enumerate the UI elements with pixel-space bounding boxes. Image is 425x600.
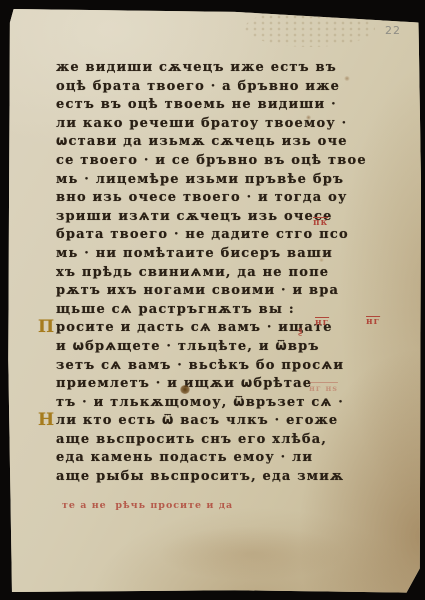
line-text: аще вьспросить снъ его хлѣба, bbox=[56, 432, 327, 447]
manuscript-line: ли како речеши братоу твоемоу · bbox=[56, 115, 362, 134]
manuscript-line: вно изь очесе твоего · и тогда оу bbox=[56, 189, 362, 208]
illuminated-initial: Н bbox=[38, 411, 55, 430]
line-text: се твоего · и се бръвно въ оцѣ твое bbox=[56, 153, 367, 168]
manuscript-line: и ѡбрѧщете · тльцѣте, и ѿвръ bbox=[56, 338, 362, 357]
line-text: еда камень подасть емоу · ли bbox=[56, 450, 313, 465]
manuscript-line: оцѣ брата твоего · а бръвно иже bbox=[56, 78, 362, 97]
ink-spot bbox=[319, 258, 324, 262]
manuscript-line: хъ прѣдь свиниѧми, да не попе bbox=[56, 264, 362, 283]
illuminated-initial: П bbox=[38, 318, 55, 337]
line-text: вно изь очесе твоего · и тогда оу bbox=[56, 190, 348, 205]
parchment-stain bbox=[157, 526, 347, 581]
line-text: и ѡбрѧщете · тльцѣте, и ѿвръ bbox=[56, 339, 320, 354]
line-text: аще рыбы вьспроситъ, еда змиѫ bbox=[56, 469, 344, 484]
manuscript-line: се твоего · и се бръвно въ оцѣ твое bbox=[56, 152, 362, 171]
manuscript-line: аще вьспросить снъ его хлѣба, bbox=[56, 431, 362, 450]
line-text: ѡстави да изьмѫ сѫчець изь оче bbox=[56, 134, 348, 149]
manuscript-line: же видиши сѫчецъ иже естъ въ bbox=[56, 59, 362, 78]
manuscript-line: ѡстави да изьмѫ сѫчець изь оче bbox=[56, 133, 362, 152]
line-text: росите и дасть сѧ вамъ · ищате bbox=[56, 320, 333, 335]
line-text: брата твоего · не дадите стго псо bbox=[56, 227, 349, 242]
manuscript-line: брата твоего · не дадите стго псо bbox=[56, 226, 362, 245]
manuscript-line: тъ · и тлькѫщомоу, ѿвръзет сѧ · bbox=[56, 394, 362, 413]
ink-spot bbox=[344, 76, 350, 81]
line-text: же видиши сѫчецъ иже естъ въ bbox=[56, 60, 337, 75]
manuscript-photo: { "page": { "folio_number": "22" }, "man… bbox=[0, 0, 425, 600]
text-block: же видиши сѫчецъ иже естъ въоцѣ брата тв… bbox=[56, 59, 362, 487]
manuscript-line: аще рыбы вьспроситъ, еда змиѫ bbox=[56, 468, 362, 487]
manuscript-line: рѫтъ ихъ ногами своими · и вра bbox=[56, 282, 362, 301]
manuscript-line: мь · лицемѣре изьми пръвѣе бръ bbox=[56, 171, 362, 190]
line-text: ли кто есть ѿ васъ члкъ · егоже bbox=[56, 413, 338, 428]
manuscript-line: щьше сѧ растръгнѫтъ вы : bbox=[56, 301, 362, 320]
ink-spot bbox=[306, 115, 311, 120]
manuscript-line: зетъ сѧ вамъ · вьсѣкъ бо просѧи bbox=[56, 357, 362, 376]
line-text: хъ прѣдь свиниѧми, да не попе bbox=[56, 265, 329, 280]
margin-note: пк bbox=[313, 218, 328, 228]
line-text: зетъ сѧ вамъ · вьсѣкъ бо просѧи bbox=[56, 358, 344, 373]
manuscript-line: мь · ни помѣтаите бисеръ ваши bbox=[56, 245, 362, 264]
rubric-note: те а не рѣчь просите и да bbox=[62, 500, 233, 511]
margin-note: нг bbox=[315, 318, 329, 328]
line-text: рѫтъ ихъ ногами своими · и вра bbox=[56, 283, 339, 298]
parchment-stipple-texture bbox=[245, 9, 375, 47]
manuscript-line: Нли кто есть ѿ васъ члкъ · егоже bbox=[56, 412, 362, 431]
line-text: мь · лицемѣре изьми пръвѣе бръ bbox=[56, 172, 344, 187]
line-text: ли како речеши братоу твоемоу · bbox=[56, 116, 347, 131]
margin-note: ѯ bbox=[298, 326, 303, 336]
folio-number: 22 bbox=[385, 24, 401, 37]
margin-note: нг bbox=[366, 317, 380, 327]
line-text: щьше сѧ растръгнѫтъ вы : bbox=[56, 302, 295, 317]
manuscript-line: естъ въ оцѣ твоемь не видиши · bbox=[56, 96, 362, 115]
ink-spot bbox=[180, 385, 190, 394]
manuscript-line: еда камень подасть емоу · ли bbox=[56, 449, 362, 468]
line-text: зриши изѧти сѫчецъ изь очесе bbox=[56, 209, 333, 224]
line-text: мь · ни помѣтаите бисеръ ваши bbox=[56, 246, 333, 261]
margin-note: нг нѕ bbox=[309, 383, 338, 393]
manuscript-page: 22 же видиши сѫчецъ иже естъ въоцѣ брата… bbox=[7, 6, 421, 595]
line-text: оцѣ брата твоего · а бръвно иже bbox=[56, 79, 340, 94]
line-text: тъ · и тлькѫщомоу, ѿвръзет сѧ · bbox=[56, 395, 344, 410]
line-text: естъ въ оцѣ твоемь не видиши · bbox=[56, 97, 337, 112]
